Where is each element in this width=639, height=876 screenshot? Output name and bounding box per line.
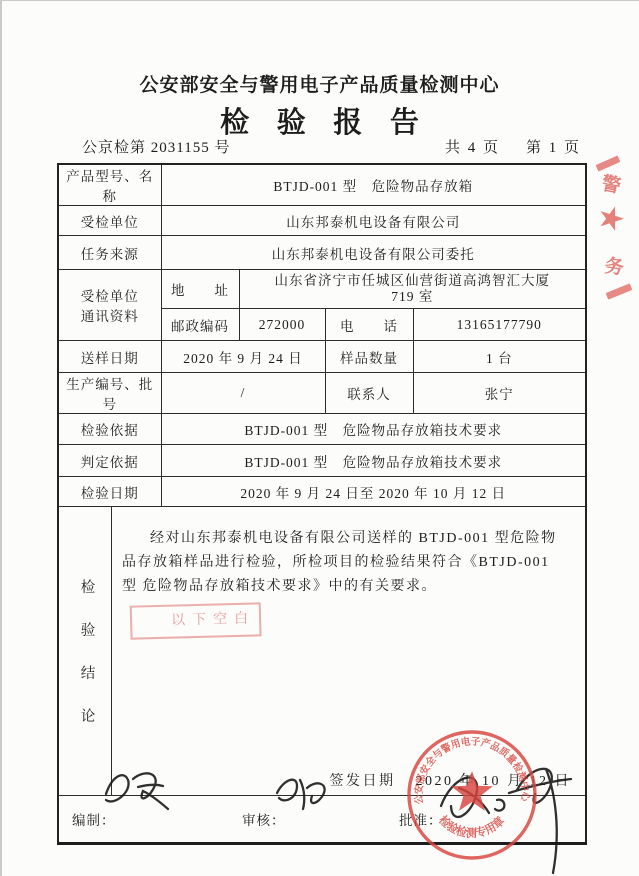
- side-stamp-char-top: 警: [600, 168, 624, 198]
- row-conclusion: 检 验 结 论 经对山东邦泰机电设备有限公司送样的 BTJD-001 型危险物品…: [58, 507, 586, 796]
- side-page-stamp: 警 ★ 务: [593, 152, 639, 332]
- report-title: 检验报告: [0, 100, 639, 141]
- report-table: 产品型号、名称 BTJD-001 型 危险物品存放箱 受检单位 山东邦泰机电设备…: [57, 163, 587, 845]
- address-label: 地 址: [161, 270, 239, 309]
- page-indicator: 共 4 页 第 1 页: [445, 136, 581, 157]
- task-source-label: 任务来源: [58, 236, 161, 270]
- conclusion-text: 经对山东邦泰机电设备有限公司送样的 BTJD-001 型危险物品存放箱样品进行检…: [122, 527, 563, 633]
- row-sample: 送样日期 2020 年 9 月 24 日 样品数量 1 台: [58, 341, 586, 373]
- sample-qty-value: 1 台: [413, 341, 586, 373]
- product-label: 产品型号、名称: [58, 164, 161, 206]
- inspection-date-value: 2020 年 9 月 24 日至 2020 年 10 月 12 日: [161, 477, 586, 507]
- doc-number: 公京检第 2031155 号: [82, 136, 230, 157]
- production-no-label: 生产编号、批号: [58, 373, 161, 414]
- judgement-basis-value: BTJD-001 型 危险物品存放箱技术要求: [161, 445, 586, 477]
- star-icon: ★: [593, 198, 630, 237]
- row-address: 受检单位 通讯资料 地 址 山东省济宁市任城区仙营街道高鸿智汇大厦 719 室: [58, 270, 586, 309]
- task-source-value: 山东邦泰机电设备有限公司委托: [161, 236, 586, 270]
- row-inspection-basis: 检验依据 BTJD-001 型 危险物品存放箱技术要求: [58, 414, 586, 445]
- postcode-value: 272000: [239, 309, 325, 341]
- row-product: 产品型号、名称 BTJD-001 型 危险物品存放箱: [58, 164, 586, 206]
- contact-person-value: 张宁: [413, 373, 586, 414]
- inspection-basis-label: 检验依据: [58, 414, 161, 445]
- issue-date: 签发日期 2020 年 10 月 12 日: [330, 770, 572, 790]
- issue-date-label: 签发日期: [330, 770, 396, 790]
- phone-value: 13165177790: [413, 309, 586, 341]
- conclusion-body: 经对山东邦泰机电设备有限公司送样的 BTJD-001 型危险物品存放箱样品进行检…: [112, 507, 579, 795]
- approved-by-label: 批准：: [399, 809, 443, 829]
- sample-date-value: 2020 年 9 月 24 日: [161, 341, 325, 373]
- postcode-label: 邮政编码: [161, 309, 239, 341]
- row-production: 生产编号、批号 / 联系人 张宁: [58, 373, 586, 414]
- row-task-source: 任务来源 山东邦泰机电设备有限公司委托: [58, 236, 586, 270]
- side-stamp-char-bottom: 务: [603, 251, 626, 280]
- row-signatures: 编制： 审核： 批准：: [58, 796, 586, 844]
- row-inspection-date: 检验日期 2020 年 9 月 24 日至 2020 年 10 月 12 日: [58, 477, 586, 507]
- blank-below-stamp: 以下空白: [130, 602, 262, 639]
- issue-date-value: 2020 年 10 月 12 日: [416, 770, 572, 790]
- inspected-unit-label: 受检单位: [58, 206, 161, 236]
- judgement-basis-label: 判定依据: [58, 445, 161, 477]
- product-value: BTJD-001 型 危险物品存放箱: [161, 164, 586, 206]
- address-value: 山东省济宁市任城区仙营街道高鸿智汇大厦 719 室: [239, 270, 586, 309]
- prepared-by-label: 编制：: [72, 809, 116, 829]
- page-current: 第 1 页: [526, 136, 581, 157]
- sample-date-label: 送样日期: [58, 341, 161, 373]
- stamp-mark-icon: [596, 155, 621, 171]
- production-no-value: /: [161, 373, 325, 414]
- report-page: 公安部安全与警用电子产品质量检测中心 检验报告 公京检第 2031155 号 共…: [0, 0, 639, 876]
- contact-block-label: 受检单位 通讯资料: [58, 270, 161, 341]
- phone-label: 电 话: [325, 309, 413, 341]
- inspection-date-label: 检验日期: [58, 477, 161, 507]
- org-title: 公安部安全与警用电子产品质量检测中心: [0, 70, 639, 97]
- row-judgement-basis: 判定依据 BTJD-001 型 危险物品存放箱技术要求: [58, 445, 586, 477]
- inspected-unit-value: 山东邦泰机电设备有限公司: [161, 206, 586, 236]
- sample-qty-label: 样品数量: [325, 341, 413, 373]
- reviewed-by-label: 审核：: [242, 809, 286, 829]
- contact-person-label: 联系人: [325, 373, 413, 414]
- stamp-mark-icon: [606, 283, 633, 299]
- pages-total: 共 4 页: [445, 136, 500, 157]
- inspection-basis-value: BTJD-001 型 危险物品存放箱技术要求: [161, 414, 586, 445]
- row-inspected-unit: 受检单位 山东邦泰机电设备有限公司: [58, 206, 586, 236]
- conclusion-vertical-label: 检 验 结 论: [65, 507, 112, 795]
